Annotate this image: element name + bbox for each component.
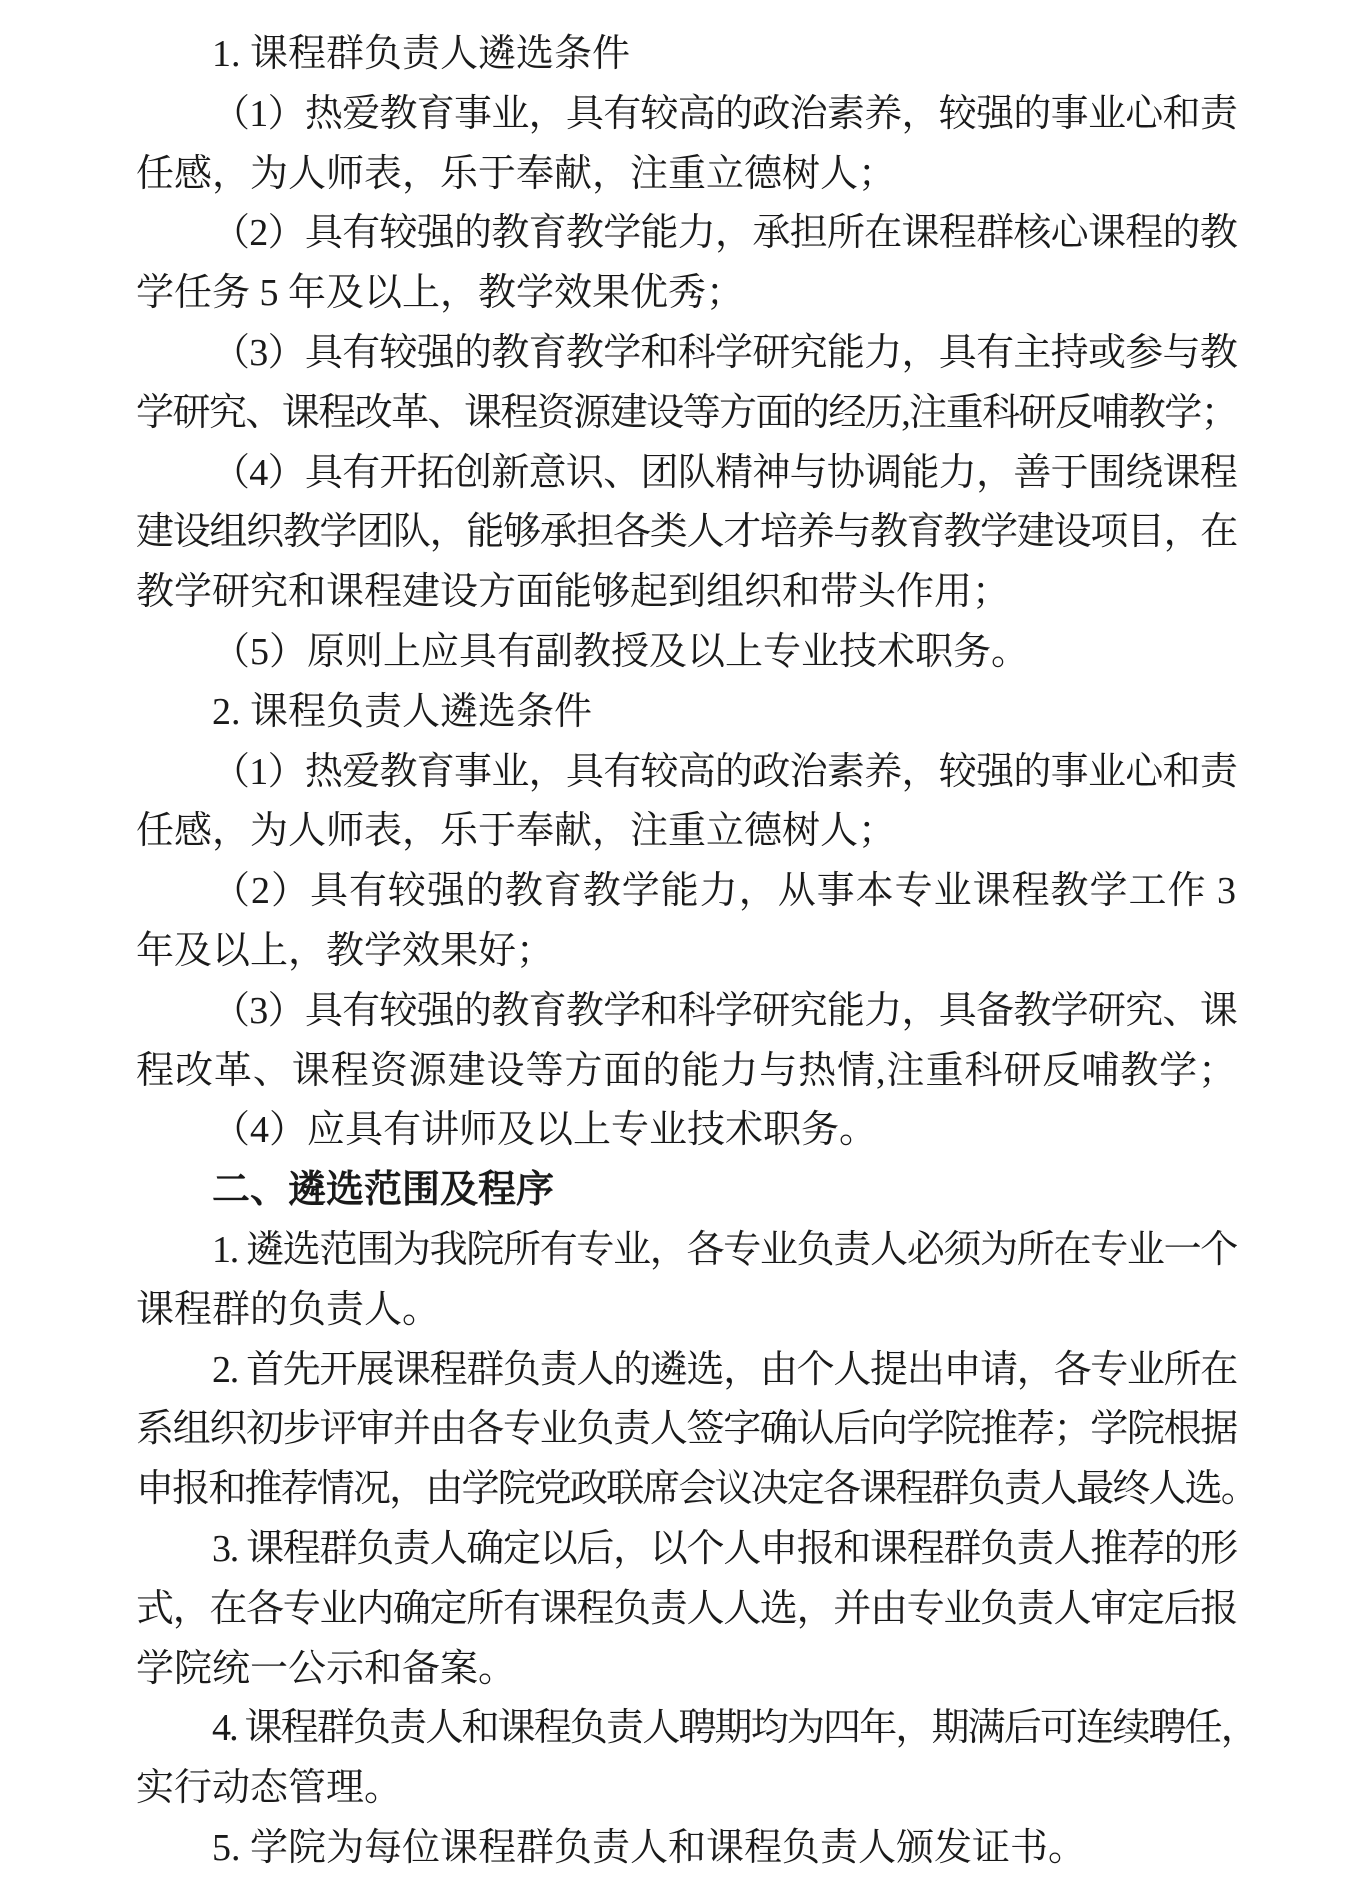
text-line: 1. 课程群负责人遴选条件 [136,25,1257,85]
text-line: （2）具有较强的教育教学能力，承担所在课程群核心课程的教 [136,204,1257,264]
text-line: 1. 遴选范围为我院所有专业，各专业负责人必须为所在专业一个 [136,1221,1257,1281]
text-line: 式，在各专业内确定所有课程负责人人选，并由专业负责人审定后报 [136,1580,1257,1640]
text-line: 任感，为人师表，乐于奉献，注重立德树人； [136,802,1257,862]
text-line: 实行动态管理。 [136,1759,1257,1819]
document-page: 1. 课程群负责人遴选条件（1）热爱教育事业，具有较高的政治素养，较强的事业心和… [0,0,1370,1881]
text-line: （5）原则上应具有副教授及以上专业技术职务。 [136,623,1257,683]
text-line: 4. 课程群负责人和课程负责人聘期均为四年，期满后可连续聘任， [136,1699,1257,1759]
text-line: 2. 首先开展课程群负责人的遴选，由个人提出申请，各专业所在 [136,1341,1257,1401]
text-line: （4）应具有讲师及以上专业技术职务。 [136,1101,1257,1161]
text-line: 学任务 5 年及以上，教学效果优秀； [136,264,1257,324]
text-line: 2. 课程负责人遴选条件 [136,683,1257,743]
text-line: 程改革、课程资源建设等方面的能力与热情,注重科研反哺教学； [136,1042,1257,1102]
text-line: （3）具有较强的教育教学和科学研究能力，具有主持或参与教 [136,324,1257,384]
text-line: 系组织初步评审并由各专业负责人签字确认后向学院推荐；学院根据 [136,1400,1257,1460]
text-line: 5. 学院为每位课程群负责人和课程负责人颁发证书。 [136,1819,1257,1879]
text-line: 申报和推荐情况，由学院党政联席会议决定各课程群负责人最终人选。 [136,1460,1257,1520]
document-text-block: 1. 课程群负责人遴选条件（1）热爱教育事业，具有较高的政治素养，较强的事业心和… [136,25,1257,1879]
text-line: 任感，为人师表，乐于奉献，注重立德树人； [136,145,1257,205]
text-line: 教学研究和课程建设方面能够起到组织和带头作用； [136,563,1257,623]
text-line: 学院统一公示和备案。 [136,1640,1257,1700]
text-line: （3）具有较强的教育教学和科学研究能力，具备教学研究、课 [136,982,1257,1042]
text-line: 课程群的负责人。 [136,1281,1257,1341]
text-line: （2）具有较强的教育教学能力，从事本专业课程教学工作 3 [136,862,1257,922]
text-line: （1）热爱教育事业，具有较高的政治素养，较强的事业心和责 [136,743,1257,803]
text-line: （1）热爱教育事业，具有较高的政治素养，较强的事业心和责 [136,85,1257,145]
text-line: 3. 课程群负责人确定以后，以个人申报和课程群负责人推荐的形 [136,1520,1257,1580]
text-line: 建设组织教学团队，能够承担各类人才培养与教育教学建设项目，在 [136,503,1257,563]
text-line: 年及以上，教学效果好； [136,922,1257,982]
text-line: 学研究、课程改革、课程资源建设等方面的经历,注重科研反哺教学； [136,384,1257,444]
section-heading: 二、遴选范围及程序 [136,1161,1257,1221]
text-line: （4）具有开拓创新意识、团队精神与协调能力，善于围绕课程 [136,444,1257,504]
